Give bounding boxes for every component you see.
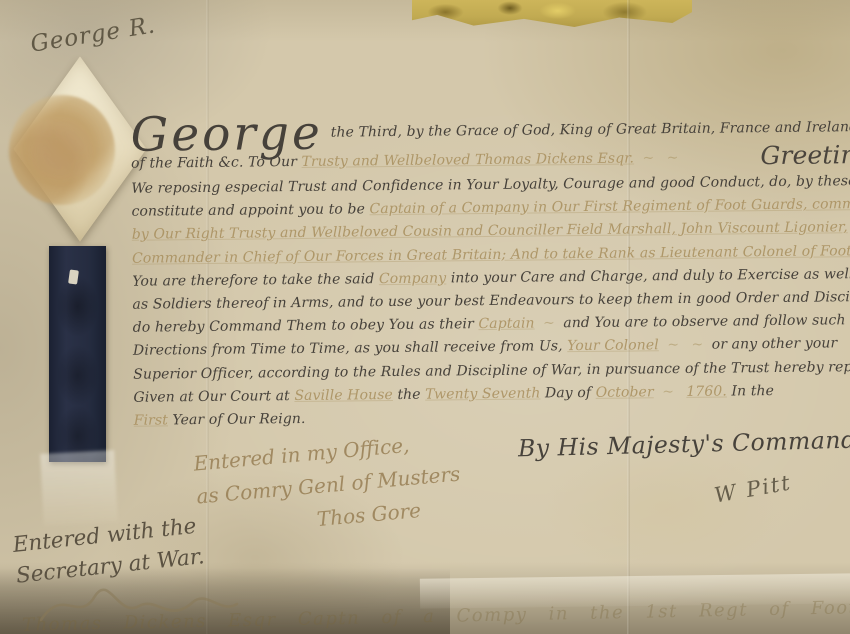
text-segment: Trusty and Wellbeloved Thomas Dickens Es…	[301, 150, 634, 169]
blue-ribbon	[49, 246, 106, 462]
text-segment: of the Faith &c. To Our	[131, 154, 302, 172]
text-segment: into your Care and Charge, and duly to E…	[446, 265, 850, 286]
commission-body: Georgethe Third, by the Grace of God, Ki…	[130, 74, 846, 432]
text-segment: First	[134, 412, 168, 428]
text-segment: and You are to observe and follow such O…	[559, 311, 850, 331]
text-segment: Captain of a Company in Our First Regime…	[369, 196, 850, 218]
ribbon-speck	[68, 269, 79, 284]
text-segment: or any other your	[707, 336, 837, 353]
wax-seal-icon	[9, 95, 115, 205]
text-segment: ~ ~	[659, 337, 708, 354]
text-segment: You are therefore to take the said	[132, 271, 379, 290]
text-segment: October	[596, 384, 654, 401]
text-line: Georgethe Third, by the Grace of God, Ki…	[130, 74, 843, 147]
text-segment: the	[393, 386, 425, 402]
text-segment: as Soldiers thereof in Arms, and to use …	[132, 288, 850, 313]
text-segment: ~	[535, 315, 559, 331]
text-segment: Commander in Chief of Our Forces in Grea…	[132, 243, 850, 267]
text-segment: We reposing especial Trust and Confidenc…	[131, 172, 850, 196]
text-segment: 1760.	[686, 383, 727, 399]
top-edge-damage-stain	[412, 0, 692, 27]
text-segment: Day of	[540, 385, 595, 402]
text-segment: Company	[379, 270, 447, 287]
text-segment: the Third, by the Grace of God, King of …	[331, 118, 850, 140]
text-segment: In the	[727, 383, 774, 399]
text-segment: Directions from Time to Time, as you sha…	[133, 338, 567, 359]
text-segment: Given at Our Court at	[133, 388, 294, 406]
royal-signature: George R.	[29, 12, 158, 57]
paper-seal-diamond	[12, 56, 148, 242]
pitt-signature: W Pitt	[713, 470, 794, 507]
text-segment: ~	[654, 384, 687, 400]
majesty-command-line: By His Majesty's Command	[518, 426, 850, 463]
text-segment: Greeting:	[760, 140, 850, 170]
text-segment: constitute and appoint you to be	[131, 201, 369, 219]
text-segment: Year of Our Reign.	[168, 411, 306, 428]
text-segment: by Our Right Trusty and Wellbeloved Cous…	[132, 220, 848, 243]
text-segment: Saville House	[294, 387, 393, 404]
text-segment: Captain	[478, 316, 534, 333]
text-segment: Twenty Seventh	[425, 385, 540, 402]
text-segment: Your Colonel	[567, 338, 659, 355]
muster-office-entry: Entered in my Office, as Comry Genl of M…	[192, 425, 464, 547]
text-segment: ~ ~	[634, 150, 683, 167]
text-segment: do hereby Command Them to obey You as th…	[133, 316, 479, 336]
parchment-document: George R. Georgethe Third, by the Grace …	[0, 0, 850, 634]
tape-sheen	[40, 450, 118, 526]
